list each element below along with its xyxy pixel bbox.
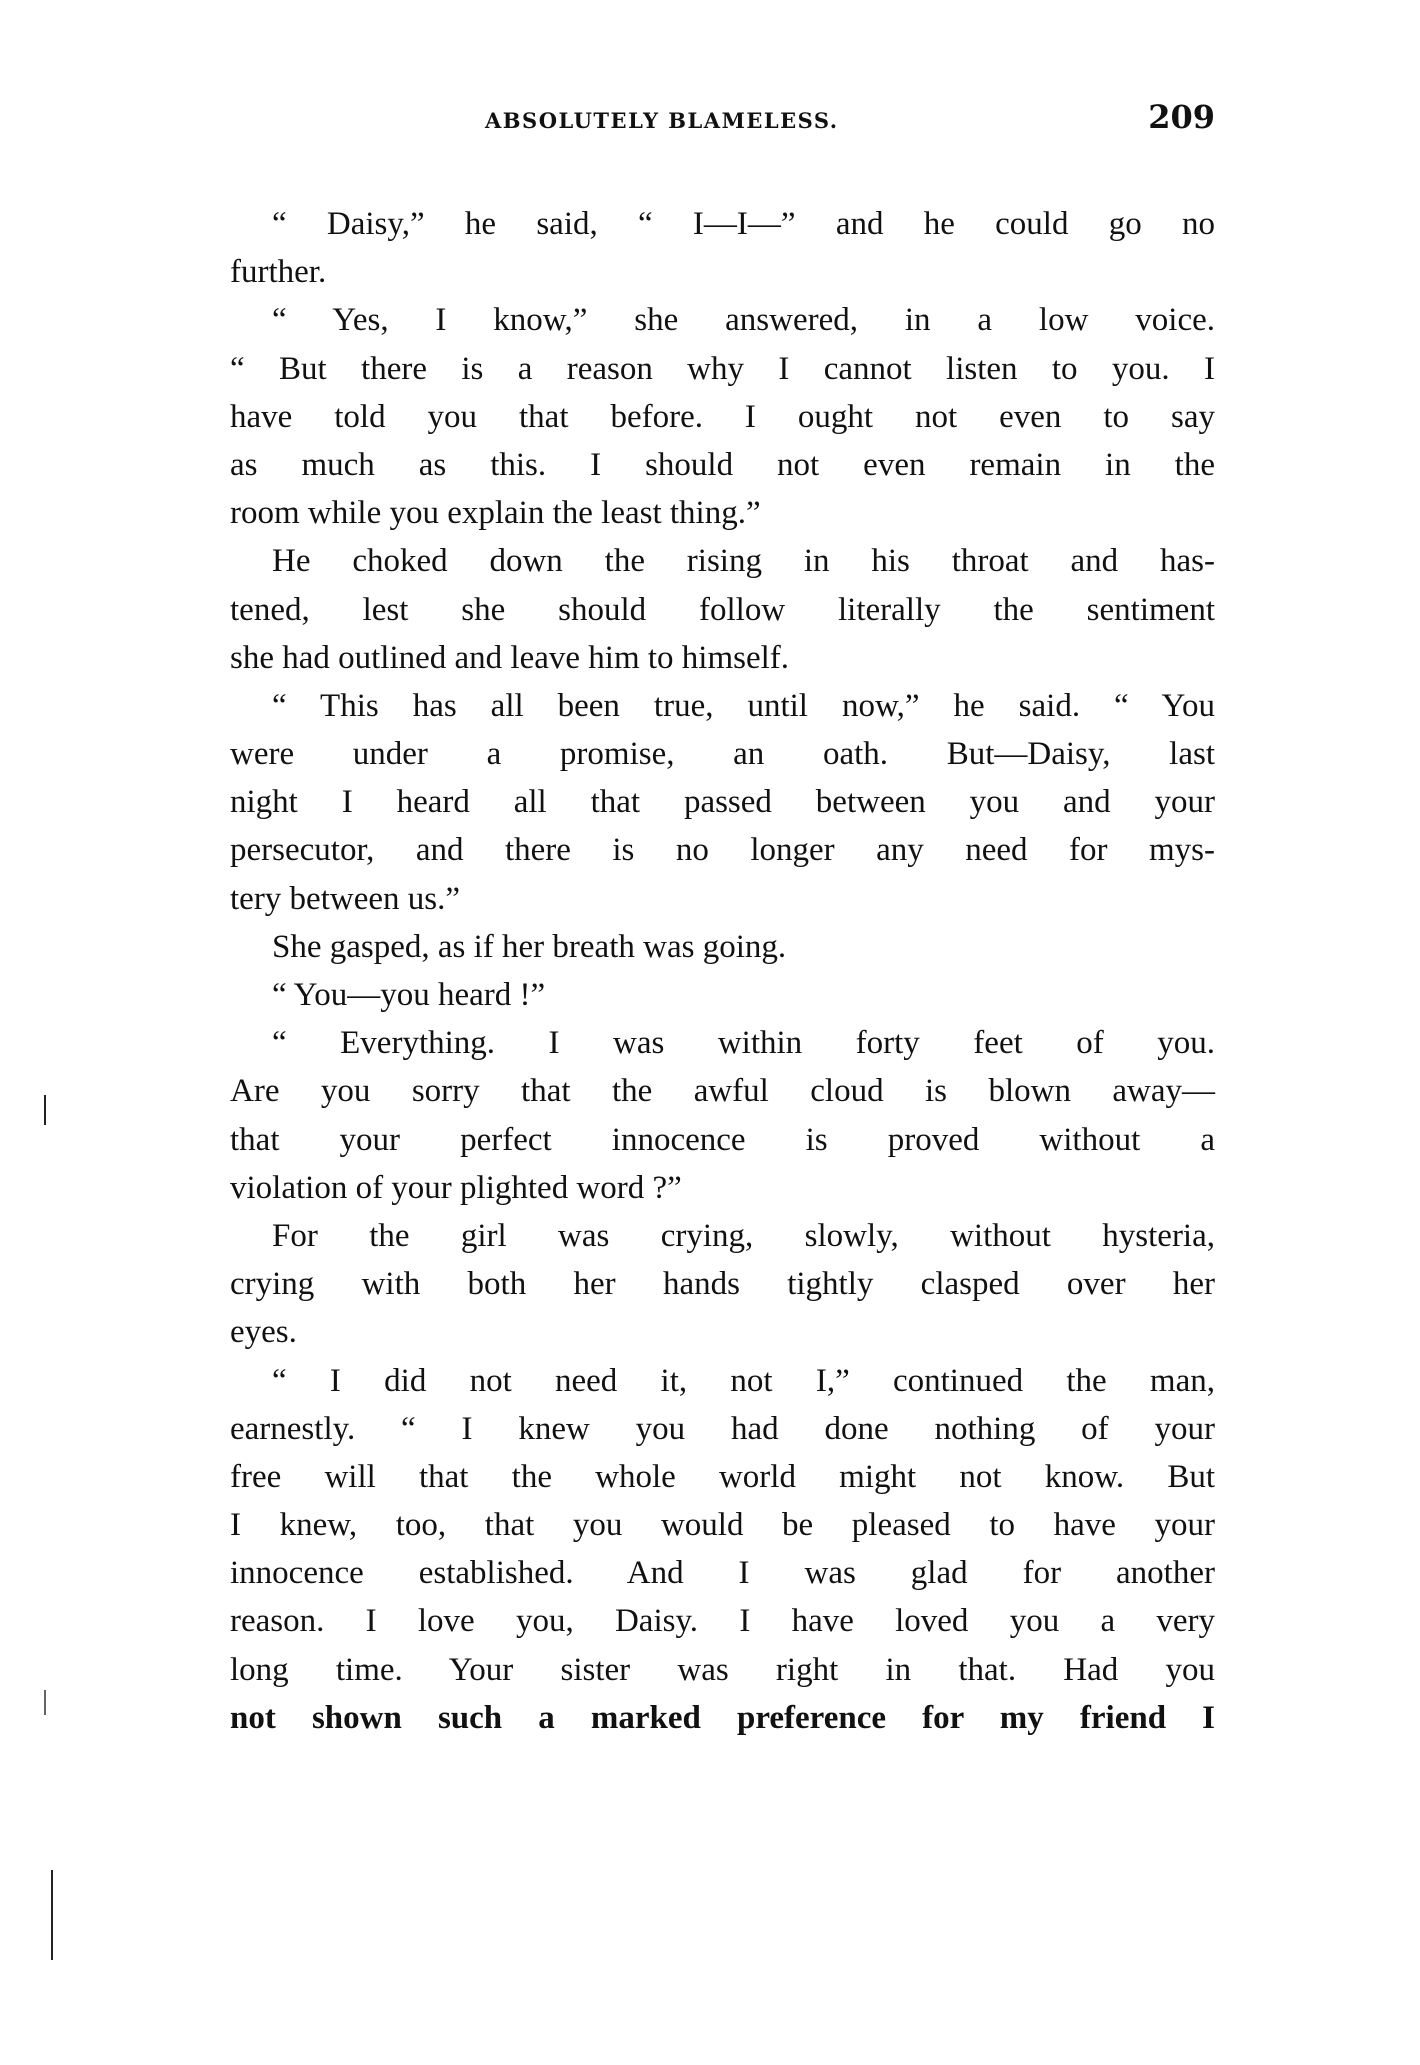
binding-mark	[51, 1870, 53, 1960]
text-line: “ This has all been true, until now,” he…	[230, 682, 1215, 730]
text-line: tened, lest she should follow literally …	[230, 586, 1215, 634]
text-line: For the girl was crying, slowly, without…	[230, 1212, 1215, 1260]
text-line: further.	[230, 248, 1215, 296]
text-line: Are you sorry that the awful cloud is bl…	[230, 1067, 1215, 1115]
text-line: “ I did not need it, not I,” continued t…	[230, 1357, 1215, 1405]
text-line: as much as this. I should not even remai…	[230, 441, 1215, 489]
text-line: that your perfect innocence is proved wi…	[230, 1116, 1215, 1164]
text-line: “ Everything. I was within forty feet of…	[230, 1019, 1215, 1067]
text-line: violation of your plighted word ?”	[230, 1164, 1215, 1212]
text-line: have told you that before. I ought not e…	[230, 393, 1215, 441]
text-line: innocence established. And I was glad fo…	[230, 1549, 1215, 1597]
text-line: “ But there is a reason why I cannot lis…	[230, 345, 1215, 393]
text-line: “ You—you heard !”	[230, 971, 1215, 1019]
text-line: earnestly. “ I knew you had done nothing…	[230, 1405, 1215, 1453]
page-header: ABSOLUTELY BLAMELESS. 209	[230, 104, 1215, 144]
page-number: 209	[1148, 98, 1215, 136]
text-line: night I heard all that passed between yo…	[230, 778, 1215, 826]
body-text: “ Daisy,” he said, “ I—I—” and he could …	[230, 200, 1215, 1742]
book-page: ABSOLUTELY BLAMELESS. 209 “ Daisy,” he s…	[0, 0, 1420, 2065]
text-line: she had outlined and leave him to himsel…	[230, 634, 1215, 682]
text-line: persecutor, and there is no longer any n…	[230, 826, 1215, 874]
text-line: tery between us.”	[230, 875, 1215, 923]
text-line: He choked down the rising in his throat …	[230, 537, 1215, 585]
text-line: I knew, too, that you would be pleased t…	[230, 1501, 1215, 1549]
binding-mark	[44, 1095, 46, 1125]
text-line: reason. I love you, Daisy. I have loved …	[230, 1597, 1215, 1645]
text-line: were under a promise, an oath. But—Daisy…	[230, 730, 1215, 778]
text-line: room while you explain the least thing.”	[230, 489, 1215, 537]
text-line: “ Daisy,” he said, “ I—I—” and he could …	[230, 200, 1215, 248]
text-line: “ Yes, I know,” she answered, in a low v…	[230, 296, 1215, 344]
text-line: crying with both her hands tightly clasp…	[230, 1260, 1215, 1308]
binding-mark	[44, 1690, 46, 1715]
running-title: ABSOLUTELY BLAMELESS.	[485, 108, 839, 133]
text-line: She gasped, as if her breath was going.	[230, 923, 1215, 971]
text-line: free will that the whole world might not…	[230, 1453, 1215, 1501]
text-line: eyes.	[230, 1308, 1215, 1356]
text-line: long time. Your sister was right in that…	[230, 1646, 1215, 1694]
text-line: not shown such a marked preference for m…	[230, 1694, 1215, 1742]
